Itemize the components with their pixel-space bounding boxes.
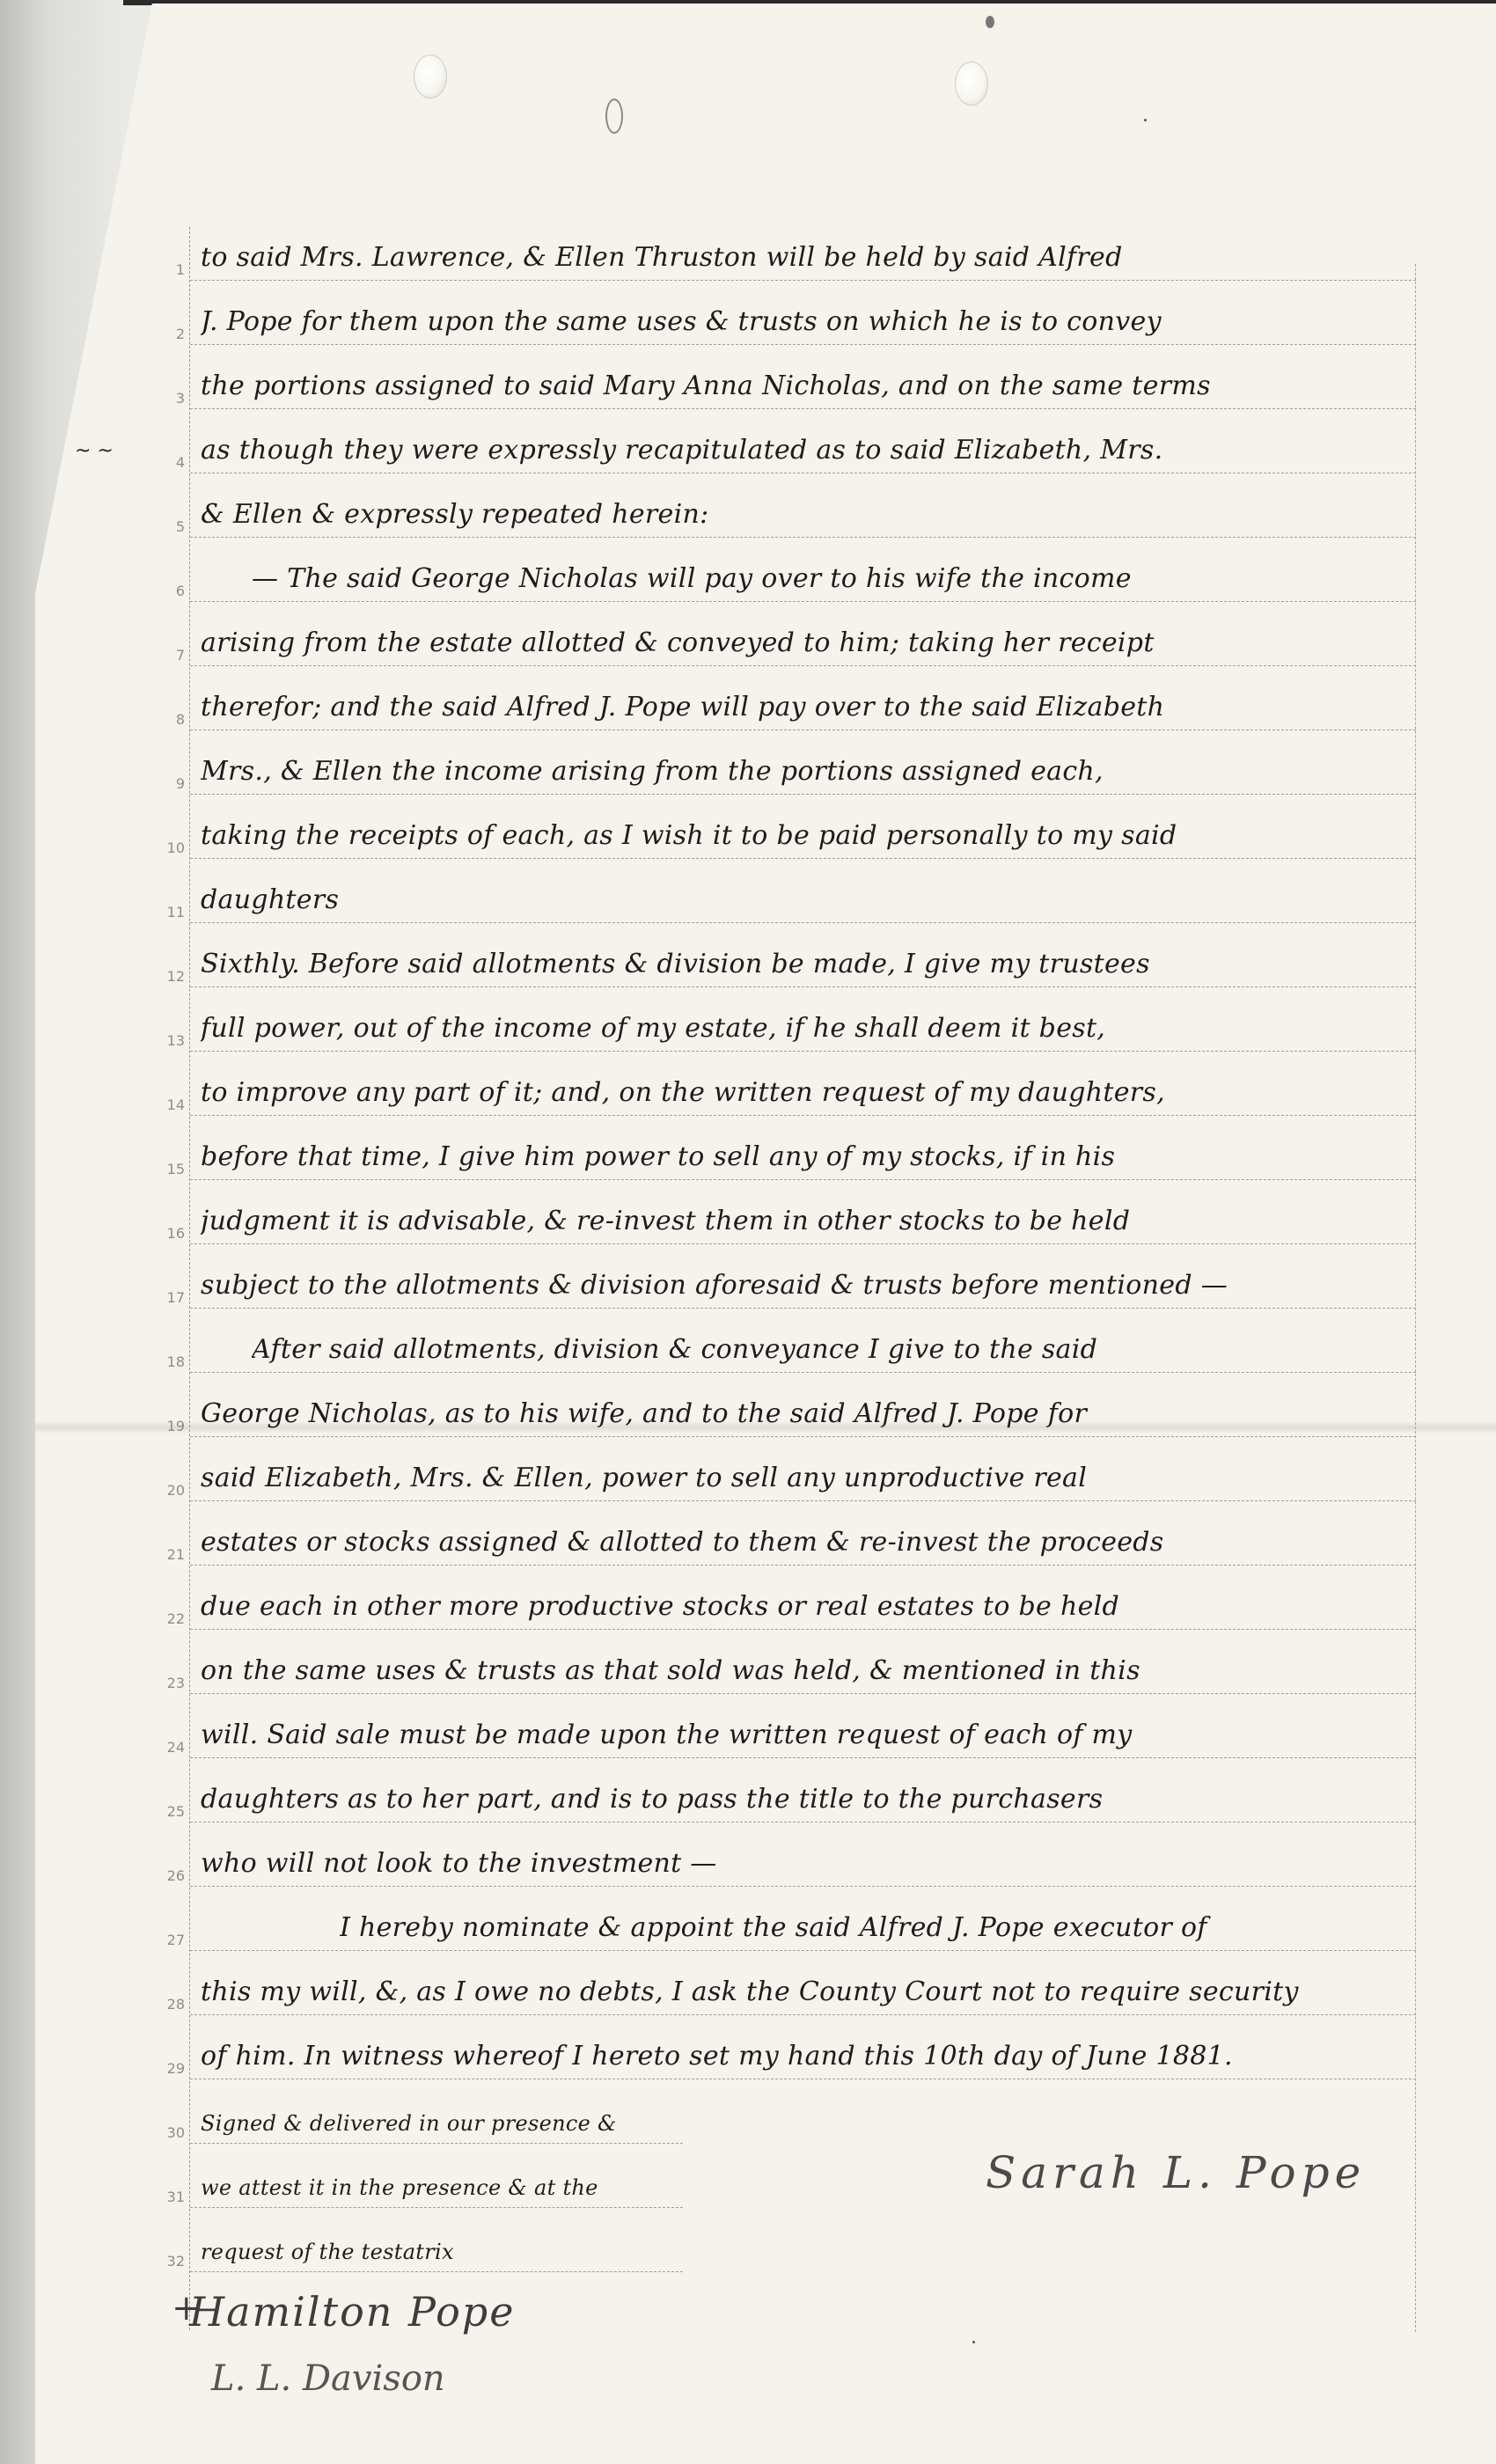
document-line: 25daughters as to her part, and is to pa… [190, 1751, 1416, 1822]
line-number: 25 [165, 1803, 185, 1820]
line-text: — The said George Nicholas will pay over… [252, 563, 1407, 594]
line-number: 12 [165, 968, 185, 985]
line-text: After said allotments, division & convey… [252, 1334, 1407, 1365]
line-number: 23 [165, 1675, 185, 1691]
line-number: 21 [165, 1546, 185, 1563]
line-number: 8 [165, 711, 185, 728]
line-text: as though they were expressly recapitula… [201, 435, 1407, 466]
line-number: 6 [165, 583, 185, 599]
line-number: 26 [165, 1867, 185, 1884]
document-line: 13full power, out of the income of my es… [190, 980, 1416, 1052]
document-line: 8therefor; and the said Alfred J. Pope w… [190, 659, 1416, 730]
margin-annotation: ~ ~ [75, 440, 114, 462]
document-line: 1to said Mrs. Lawrence, & Ellen Thruston… [190, 209, 1416, 281]
line-number: 10 [165, 840, 185, 856]
line-text: will. Said sale must be made upon the wr… [201, 1720, 1407, 1750]
document-line: 18After said allotments, division & conv… [190, 1302, 1416, 1373]
paper-speck [972, 2341, 975, 2343]
document-line: 29of him. In witness whereof I hereto se… [190, 2008, 1416, 2079]
line-text: J. Pope for them upon the same uses & tr… [201, 306, 1407, 337]
document-line: 2J. Pope for them upon the same uses & t… [190, 274, 1416, 345]
line-text: we attest it in the presence & at the [201, 2175, 674, 2200]
witness-signature-1: Hamilton Pope [189, 2288, 515, 2336]
line-number: 19 [165, 1418, 185, 1434]
line-text: George Nicholas, as to his wife, and to … [201, 1398, 1407, 1429]
document-line: 20said Elizabeth, Mrs. & Ellen, power to… [190, 1430, 1416, 1501]
document-line: 5& Ellen & expressly repeated herein: [190, 466, 1416, 538]
line-number: 1 [165, 261, 185, 278]
line-text: taking the receipts of each, as I wish i… [201, 820, 1407, 851]
line-number: 30 [165, 2124, 185, 2141]
line-text: before that time, I give him power to se… [201, 1141, 1407, 1172]
line-number: 22 [165, 1610, 185, 1627]
line-text: Signed & delivered in our presence & [201, 2111, 674, 2136]
line-number: 27 [165, 1932, 185, 1948]
document-line: 3the portions assigned to said Mary Anna… [190, 338, 1416, 409]
line-number: 2 [165, 326, 185, 342]
line-text: to said Mrs. Lawrence, & Ellen Thruston … [201, 242, 1407, 273]
line-text: request of the testatrix [201, 2240, 674, 2264]
paper-speck [986, 16, 994, 28]
document-line: 17subject to the allotments & division a… [190, 1237, 1416, 1309]
line-number: 3 [165, 390, 185, 407]
line-number: 11 [165, 904, 185, 920]
document-line: 9Mrs., & Ellen the income arising from t… [190, 723, 1416, 795]
line-text: this my will, &, as I owe no debts, I as… [201, 1976, 1407, 2007]
line-number: 17 [165, 1289, 185, 1306]
line-text: I hereby nominate & appoint the said Alf… [340, 1912, 1407, 1943]
document-line: 22due each in other more productive stoc… [190, 1558, 1416, 1630]
document-line: 12Sixthly. Before said allotments & divi… [190, 916, 1416, 987]
line-text: of him. In witness whereof I hereto set … [201, 2041, 1407, 2072]
line-number: 9 [165, 775, 185, 792]
line-text: who will not look to the investment — [201, 1848, 1407, 1879]
line-text: said Elizabeth, Mrs. & Ellen, power to s… [201, 1463, 1407, 1493]
document-line: 23on the same uses & trusts as that sold… [190, 1623, 1416, 1694]
document-line: 27I hereby nominate & appoint the said A… [190, 1880, 1416, 1951]
right-margin-rule [1415, 264, 1416, 2332]
line-text: to improve any part of it; and, on the w… [201, 1077, 1407, 1108]
line-text: arising from the estate allotted & conve… [201, 627, 1407, 658]
line-text: & Ellen & expressly repeated herein: [201, 499, 1407, 530]
line-number: 32 [165, 2253, 185, 2270]
line-number: 5 [165, 518, 185, 535]
line-text: due each in other more productive stocks… [201, 1591, 1407, 1622]
document-line: 21estates or stocks assigned & allotted … [190, 1494, 1416, 1566]
line-text: subject to the allotments & division afo… [201, 1270, 1407, 1301]
document-line: 4as though they were expressly recapitul… [190, 402, 1416, 473]
document-line: 32request of the testatrix [190, 2201, 683, 2272]
document-line: 26who will not look to the investment — [190, 1815, 1416, 1887]
line-number: 28 [165, 1996, 185, 2013]
document-line: 11daughters [190, 852, 1416, 923]
document-line: 19George Nicholas, as to his wife, and t… [190, 1366, 1416, 1437]
document-line: 30Signed & delivered in our presence & [190, 2072, 683, 2144]
testator-signature: Sarah L. Pope [986, 2147, 1366, 2198]
paper-speck [1144, 119, 1147, 121]
line-text: estates or stocks assigned & allotted to… [201, 1527, 1407, 1558]
document-line: 31we attest it in the presence & at the [190, 2137, 683, 2208]
line-number: 14 [165, 1096, 185, 1113]
line-text: judgment it is advisable, & re-invest th… [201, 1206, 1407, 1236]
line-number: 20 [165, 1482, 185, 1499]
ruled-writing-area: 1to said Mrs. Lawrence, & Ellen Thruston… [189, 227, 1416, 2330]
line-text: Sixthly. Before said allotments & divisi… [201, 949, 1407, 979]
line-text: full power, out of the income of my esta… [201, 1013, 1407, 1044]
line-number: 15 [165, 1161, 185, 1177]
line-text: Mrs., & Ellen the income arising from th… [201, 756, 1407, 787]
line-text: daughters [201, 884, 1407, 915]
document-line: 16judgment it is advisable, & re-invest … [190, 1173, 1416, 1244]
line-number: 31 [165, 2189, 185, 2205]
line-text: daughters as to her part, and is to pass… [201, 1784, 1407, 1815]
line-number: 7 [165, 647, 185, 664]
line-number: 16 [165, 1225, 185, 1242]
document-line: 28this my will, &, as I owe no debts, I … [190, 1944, 1416, 2015]
line-number: 13 [165, 1032, 185, 1049]
document-line: 6— The said George Nicholas will pay ove… [190, 531, 1416, 602]
document-line: 14to improve any part of it; and, on the… [190, 1045, 1416, 1116]
document-line: 24will. Said sale must be made upon the … [190, 1687, 1416, 1758]
paper-mark [605, 99, 623, 134]
punch-hole [414, 55, 447, 99]
document-line: 7arising from the estate allotted & conv… [190, 595, 1416, 666]
line-number: 29 [165, 2060, 185, 2077]
line-text: therefor; and the said Alfred J. Pope wi… [201, 692, 1407, 722]
punch-hole [955, 62, 988, 106]
document-line: 15before that time, I give him power to … [190, 1109, 1416, 1180]
line-number: 24 [165, 1739, 185, 1756]
line-number: 4 [165, 454, 185, 471]
witness-signature-2: L. L. Davison [211, 2358, 445, 2399]
line-text: the portions assigned to said Mary Anna … [201, 370, 1407, 401]
line-number: 18 [165, 1353, 185, 1370]
document-line: 10taking the receipts of each, as I wish… [190, 788, 1416, 859]
line-text: on the same uses & trusts as that sold w… [201, 1655, 1407, 1686]
